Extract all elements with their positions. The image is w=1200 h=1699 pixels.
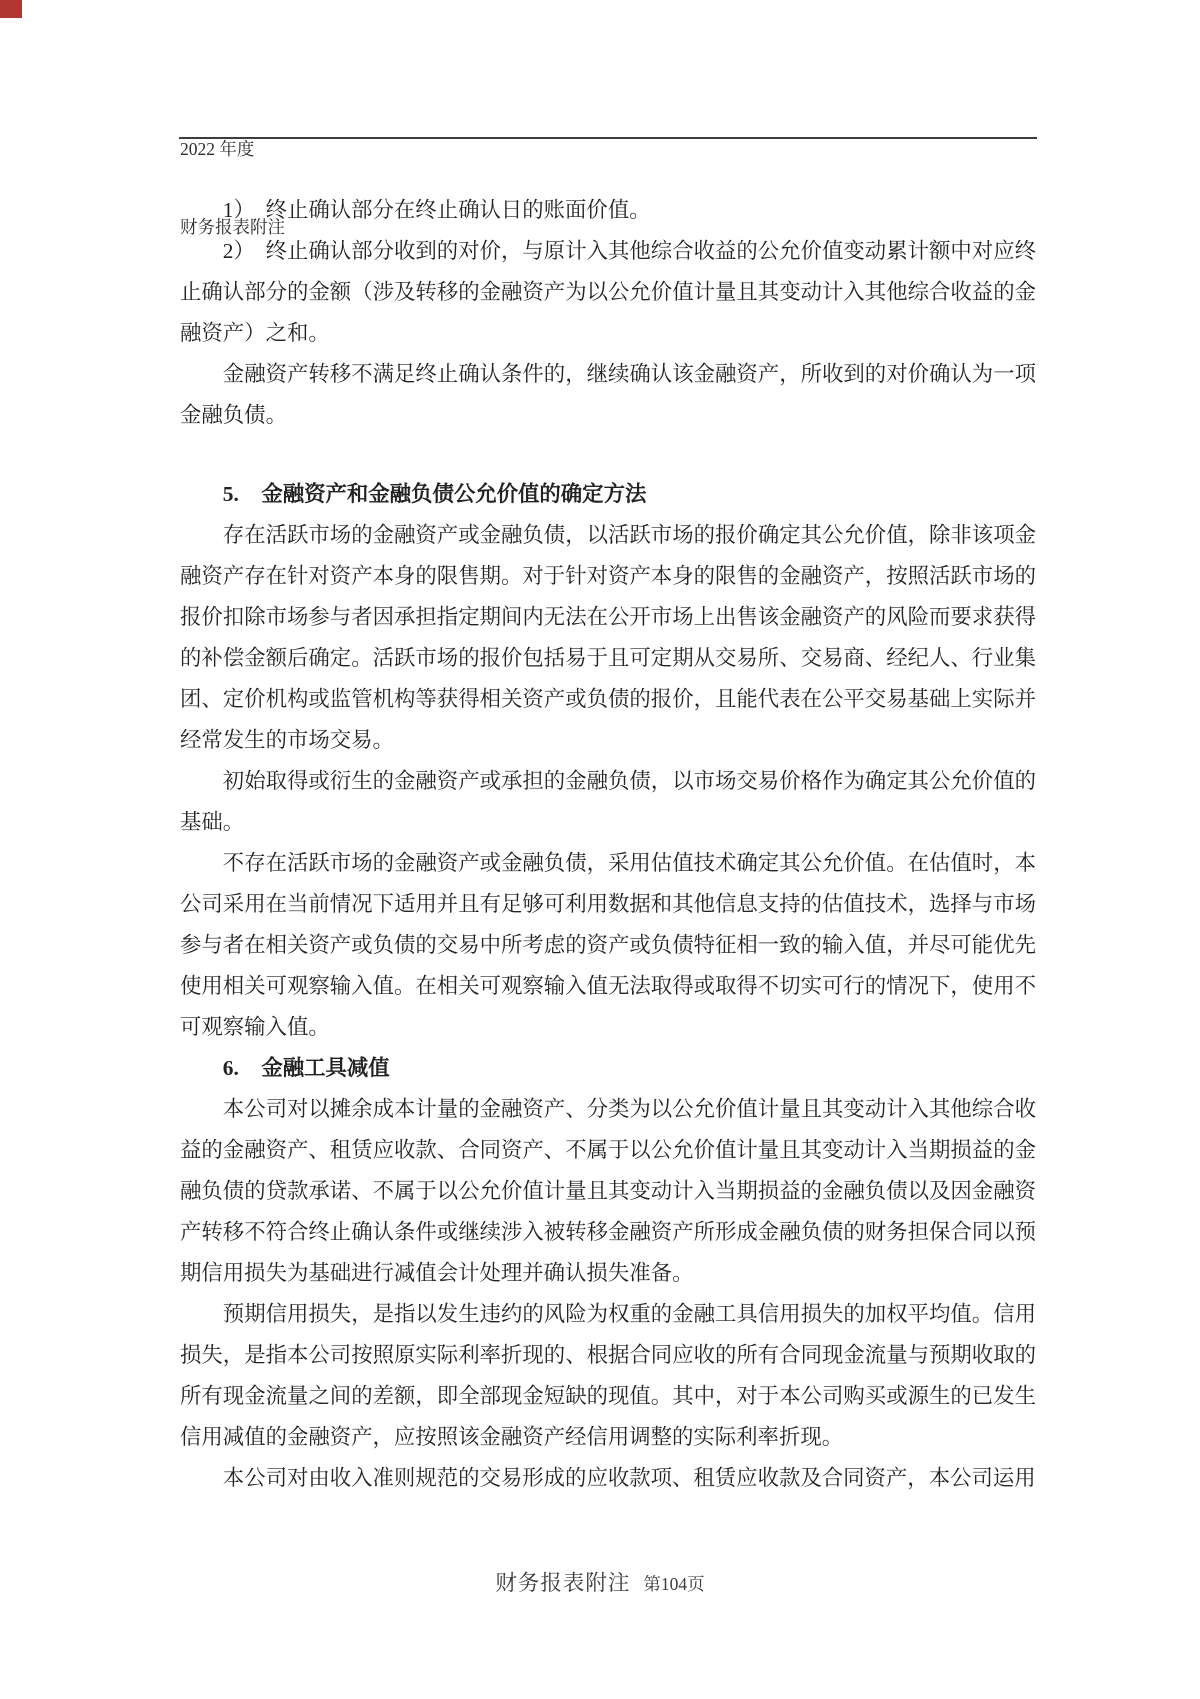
paragraph: 初始取得或衍生的金融资产或承担的金融负债，以市场交易价格作为确定其公允价值的基础…	[180, 761, 1036, 843]
scan-corner-artifact	[0, 0, 22, 18]
section-title: 金融资产和金融负债公允价值的确定方法	[261, 482, 646, 506]
section-heading: 6.金融工具减值	[180, 1048, 1036, 1089]
paragraph: 本公司对由收入准则规范的交易形成的应收款项、租赁应收款及合同资产，本公司运用	[180, 1458, 1036, 1499]
numbered-item: 1） 终止确认部分在终止确认日的账面价值。	[180, 190, 1036, 231]
paragraph: 金融资产转移不满足终止确认条件的，继续确认该金融资产，所收到的对价确认为一项金融…	[180, 354, 1036, 436]
document-body: 1） 终止确认部分在终止确认日的账面价值。2） 终止确认部分收到的对价，与原计入…	[180, 190, 1036, 1499]
section-title: 金融工具减值	[261, 1056, 389, 1080]
paragraph: 本公司对以摊余成本计量的金融资产、分类为以公允价值计量且其变动计入其他综合收益的…	[180, 1089, 1036, 1294]
header-year: 2022 年度	[180, 136, 285, 162]
paragraph: 预期信用损失，是指以发生违约的风险为权重的金融工具信用损失的加权平均值。信用损失…	[180, 1294, 1036, 1458]
page-footer: 财务报表附注第104页	[0, 1566, 1200, 1597]
section-number: 6.	[223, 1056, 239, 1080]
numbered-item: 2） 终止确认部分收到的对价，与原计入其他综合收益的公允价值变动累计额中对应终止…	[180, 231, 1036, 354]
section-heading: 5.金融资产和金融负债公允价值的确定方法	[180, 474, 1036, 515]
footer-title: 财务报表附注	[495, 1571, 630, 1595]
section-number: 5.	[223, 482, 239, 506]
footer-page-number: 第104页	[643, 1574, 704, 1594]
paragraph: 不存在活跃市场的金融资产或金融负债，采用估值技术确定其公允价值。在估值时，本公司…	[180, 843, 1036, 1048]
paragraph: 存在活跃市场的金融资产或金融负债，以活跃市场的报价确定其公允价值，除非该项金融资…	[180, 515, 1036, 761]
header-divider	[179, 137, 1037, 139]
